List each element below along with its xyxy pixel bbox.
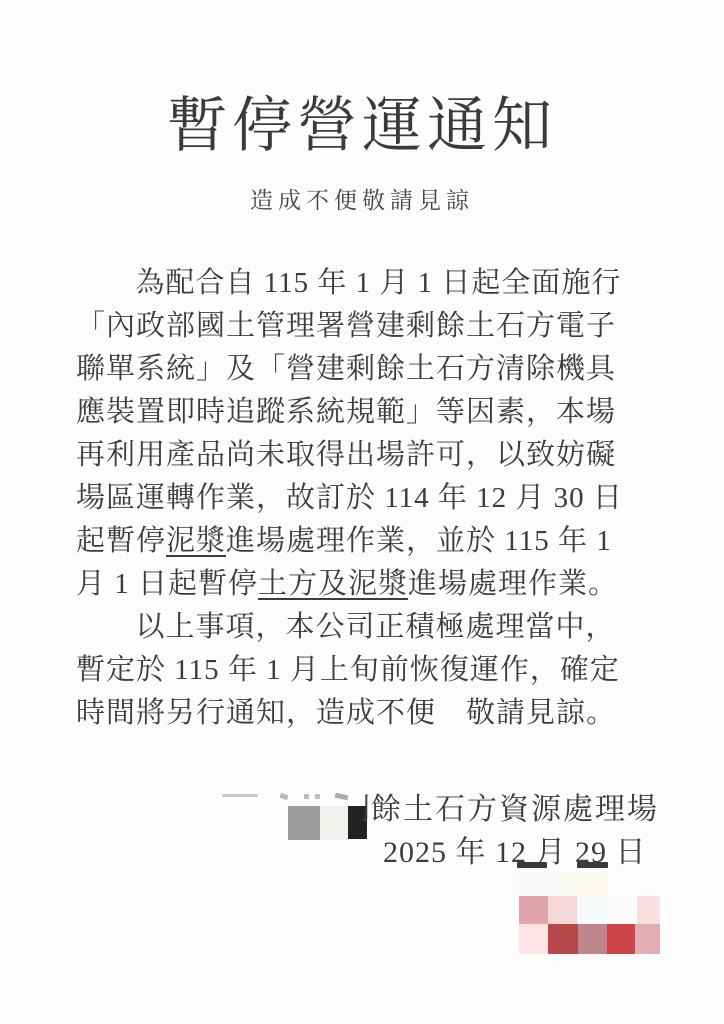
date-line: 2025 年 12 月 29 日: [383, 827, 663, 869]
body-line: 聯單系統」及「營建剩餘土石方清除機具: [76, 348, 656, 391]
body-line: 應裝置即時追蹤系統規範」等因素，本場: [76, 391, 656, 434]
mosaic-cell: [577, 896, 608, 924]
mosaic-cell: [637, 896, 660, 924]
body-line: 起暫停泥漿進場處理作業，並於 115 年 1: [76, 520, 656, 563]
scanned-notice-page: 暫停營運通知 造成不便敬請見諒 為配合自 115 年 1 月 1 日起全面施行 …: [0, 0, 724, 1024]
body-line: 「內政部國土管理署營建剩餘土石方電子: [76, 305, 656, 348]
body-line: 時間將另行通知，造成不便 敬請見諒。: [76, 692, 656, 735]
body-line: 為配合自 115 年 1 月 1 日起全面施行: [76, 262, 656, 305]
mosaic-cell: [564, 872, 608, 896]
redacted-signature-remnants: [222, 794, 372, 806]
mosaic-cell: [635, 924, 660, 954]
body-line: 月 1 日起暫停土方及泥漿進場處理作業。: [76, 563, 656, 606]
notice-body: 為配合自 115 年 1 月 1 日起全面施行 「內政部國土管理署營建剩餘土石方…: [76, 262, 656, 735]
body-text: 聯單系統」及「營建剩餘土石方清除機具: [76, 353, 616, 385]
mosaic-cell: [608, 896, 637, 924]
body-text: 為配合自 115 年 1 月 1 日起全面施行: [135, 267, 621, 299]
redaction-remnant-mark: [304, 794, 309, 799]
body-text: 時間將另行通知，造成不便 敬請見諒。: [76, 697, 616, 729]
redaction-block-light: [320, 806, 348, 840]
body-text: 起暫停: [76, 525, 166, 557]
signature-text: 利餘土石方資源處理場: [362, 784, 659, 828]
body-text: 應裝置即時追蹤系統規範」等因素，本場: [76, 396, 616, 428]
body-line: 暫定於 115 年 1 月上旬前恢復運作，確定: [76, 649, 656, 692]
redaction-remnant-mark: [222, 794, 258, 797]
body-text: 場區運轉作業，故訂於 114 年 12 月 30 日: [76, 482, 623, 514]
mosaic-cell: [548, 924, 578, 954]
body-line: 再利用產品尚未取得出場許可，以致妨礙: [76, 434, 656, 477]
notice-title: 暫停營運通知: [0, 78, 724, 164]
partially-redacted-char: 利: [362, 784, 371, 828]
body-text: 「內政部國土管理署營建剩餘土石方電子: [76, 310, 616, 342]
stamp-redaction-mosaic: [519, 872, 660, 954]
body-line: 以上事項，本公司正積極處理當中，: [76, 606, 656, 649]
date-underline-mark: [577, 862, 608, 868]
underlined-text: 泥漿: [166, 525, 226, 557]
body-text: 以上事項，本公司正積極處理當中，: [135, 611, 615, 643]
mosaic-cell: [607, 924, 635, 954]
mosaic-row: [519, 872, 660, 896]
redaction-remnant-mark: [279, 793, 288, 800]
date-underline-mark: [517, 862, 547, 868]
mosaic-cell: [548, 896, 577, 924]
redaction-remnant-mark: [315, 794, 320, 799]
body-text: 進場處理作業。: [408, 568, 618, 600]
mosaic-cell: [519, 924, 548, 954]
body-text: 再利用產品尚未取得出場許可，以致妨礙: [76, 439, 616, 471]
mosaic-cell: [519, 896, 548, 924]
underlined-text: 土方及泥漿: [258, 568, 408, 600]
body-text: 進場處理作業，並於 115 年 1: [226, 525, 612, 557]
mosaic-cell: [578, 924, 607, 954]
mosaic-row: [519, 896, 660, 924]
redaction-block-gray: [288, 806, 320, 840]
body-text: 暫定於 115 年 1 月上旬前恢復運作，確定: [76, 654, 620, 686]
mosaic-cell: [519, 872, 564, 896]
body-line: 場區運轉作業，故訂於 114 年 12 月 30 日: [76, 477, 656, 520]
redaction-remnant-mark: [335, 793, 349, 801]
body-text: 月 1 日起暫停: [76, 568, 258, 600]
mosaic-row: [519, 924, 660, 954]
signature-visible-text: 餘土石方資源處理場: [371, 793, 659, 826]
notice-subtitle: 造成不便敬請見諒: [0, 182, 724, 215]
